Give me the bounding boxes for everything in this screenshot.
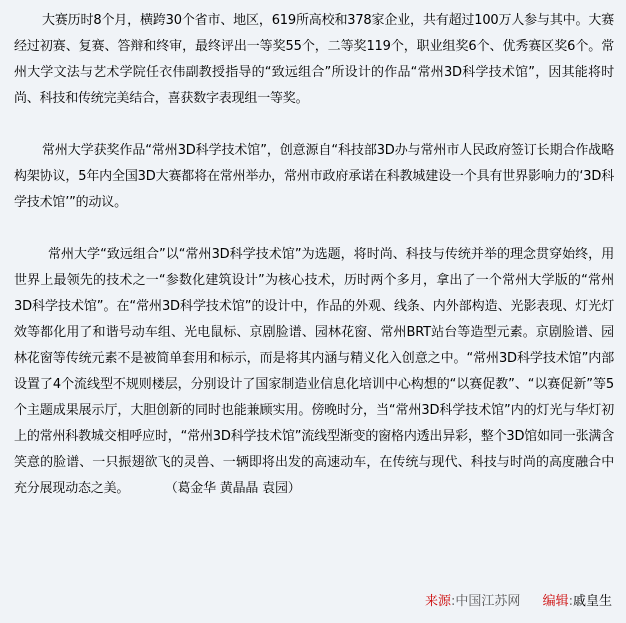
paragraph-3: 常州大学“致远组合”以“常州3D科学技术馆”为选题，将时尚、科技与传统并举的理念…	[14, 242, 614, 502]
article-authors: （葛金华 黄晶晶 袁园）	[171, 481, 300, 496]
editor-value: 戚皇生	[573, 594, 612, 609]
paragraph-3-text: 常州大学“致远组合”以“常州3D科学技术馆”为选题，将时尚、科技与传统并举的理念…	[14, 247, 614, 496]
source-value: 中国江苏网	[455, 594, 520, 609]
article-body: 大赛历时8个月，横跨30个省市、地区，619所高校和378家企业，共有超过100…	[14, 8, 614, 528]
paragraph-1: 大赛历时8个月，横跨30个省市、地区，619所高校和378家企业，共有超过100…	[14, 8, 614, 112]
source-label: 来源	[425, 594, 451, 609]
editor-label: 编辑	[543, 594, 569, 609]
paragraph-2: 常州大学获奖作品“常州3D科学技术馆”，创意源自“科技部3D办与常州市人民政府签…	[14, 138, 614, 216]
article-footer: 来源:中国江苏网 编辑:戚皇生	[425, 594, 612, 610]
